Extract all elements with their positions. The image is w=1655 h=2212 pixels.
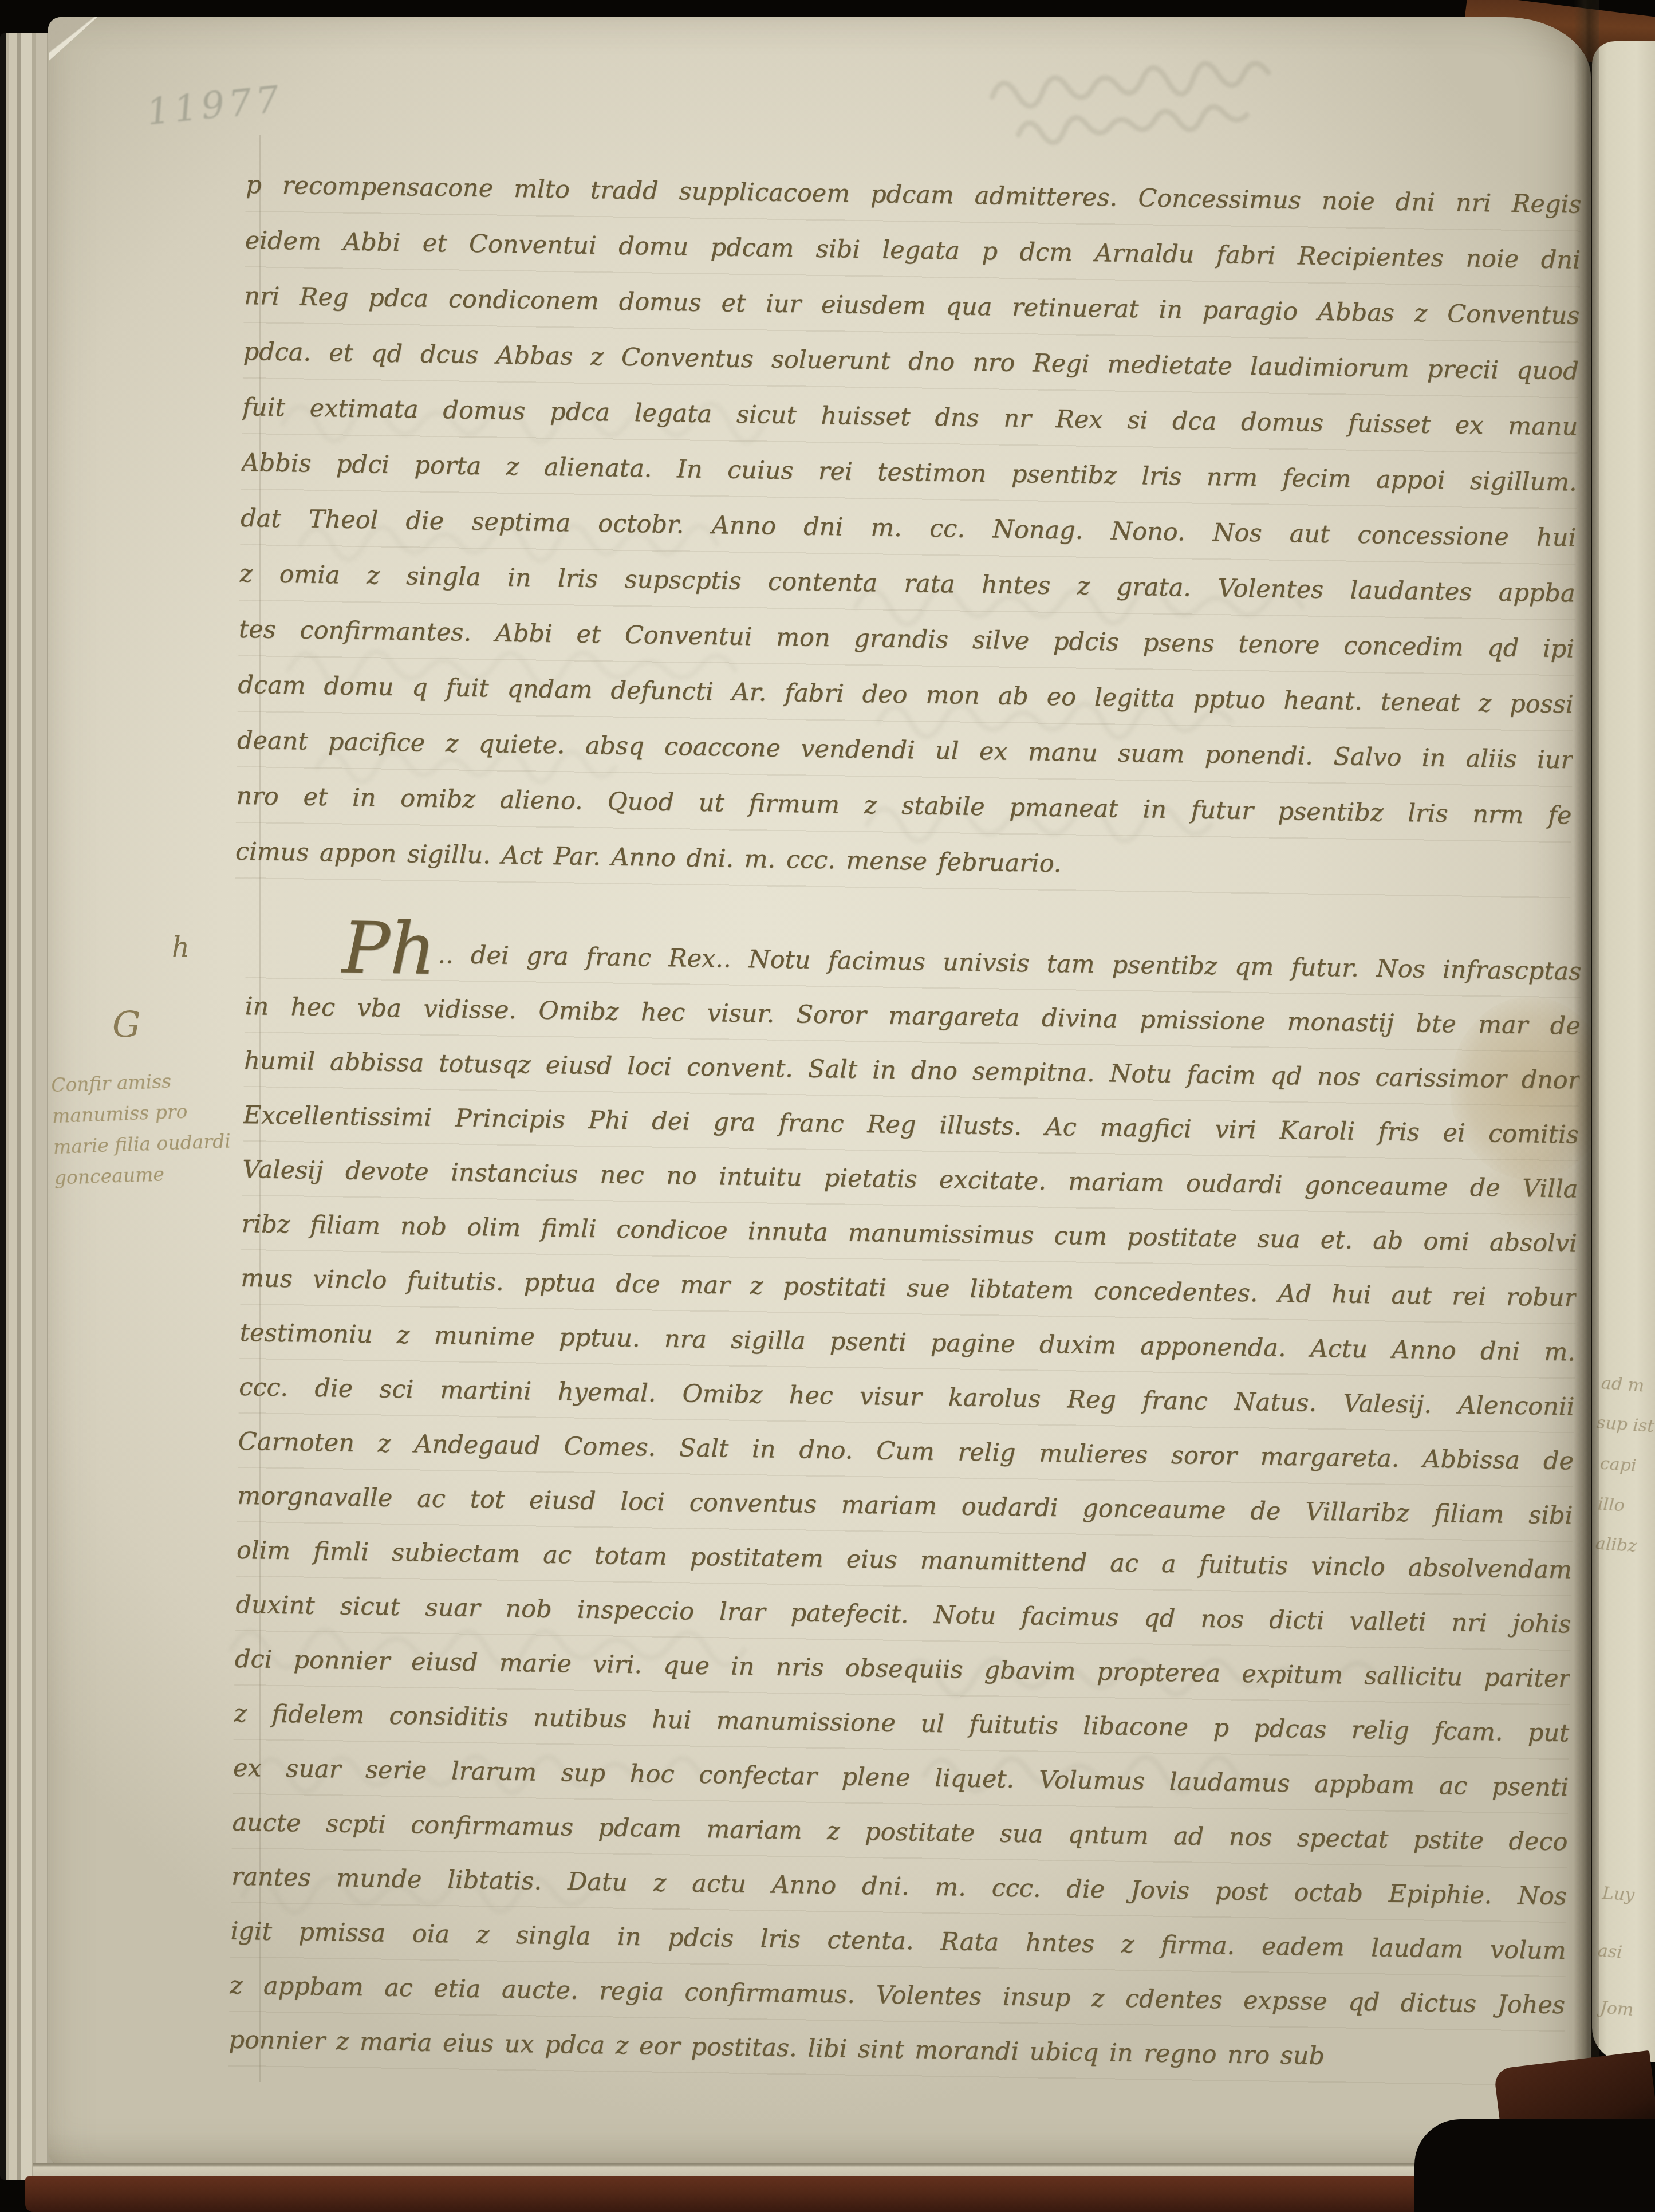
dog-ear-fold	[48, 17, 98, 61]
folio-number: 11977	[145, 78, 285, 135]
facing-page-text-fragment: ad m	[1601, 1373, 1645, 1396]
facing-page-text-fragment: asi	[1597, 1941, 1623, 1963]
paragraph-1: p recompensacone mlto tradd supplicacoem…	[235, 158, 1582, 899]
facing-page-text-fragment: illo	[1597, 1494, 1625, 1516]
gutter-shadow	[1574, 0, 1599, 2212]
margin-mark-g: G	[112, 1003, 141, 1045]
page-stack-left-edge	[0, 33, 53, 2180]
facing-page-text-fragment: alibz	[1595, 1534, 1637, 1557]
facing-page-text-fragment: Jom	[1599, 1998, 1634, 2020]
paragraph-2-initial: Ph	[341, 907, 436, 991]
show-through-ghost	[978, 31, 1363, 167]
facing-page-text-fragment: capi	[1599, 1454, 1637, 1476]
paragraph-2-lines: .. dei gra franc Rex.. Notu facimus univ…	[228, 925, 1582, 2087]
binding-leather-bottom	[25, 2176, 1578, 2212]
shadow-bottom-right	[1414, 2119, 1655, 2212]
facing-page-edge: ad msup istcapiilloalibzLuyasiJom	[1592, 41, 1655, 2062]
marginal-note-line: gonceaume	[54, 1156, 261, 1194]
margin-mark-h: h	[172, 931, 190, 963]
facing-page-text-fragment: Luy	[1602, 1883, 1636, 1906]
manuscript-page: 11977 h G Confir amissmanumiss promarie …	[48, 17, 1591, 2166]
manuscript-photo: 11977 h G Confir amissmanumiss promarie …	[0, 0, 1655, 2212]
facing-page-text-fragment: sup ist	[1596, 1413, 1655, 1437]
paragraph-2: Ph .. dei gra franc Rex.. Notu facimus u…	[228, 925, 1582, 2087]
marginal-note: Confir amissmanumiss promarie filia ouda…	[50, 1063, 261, 1194]
